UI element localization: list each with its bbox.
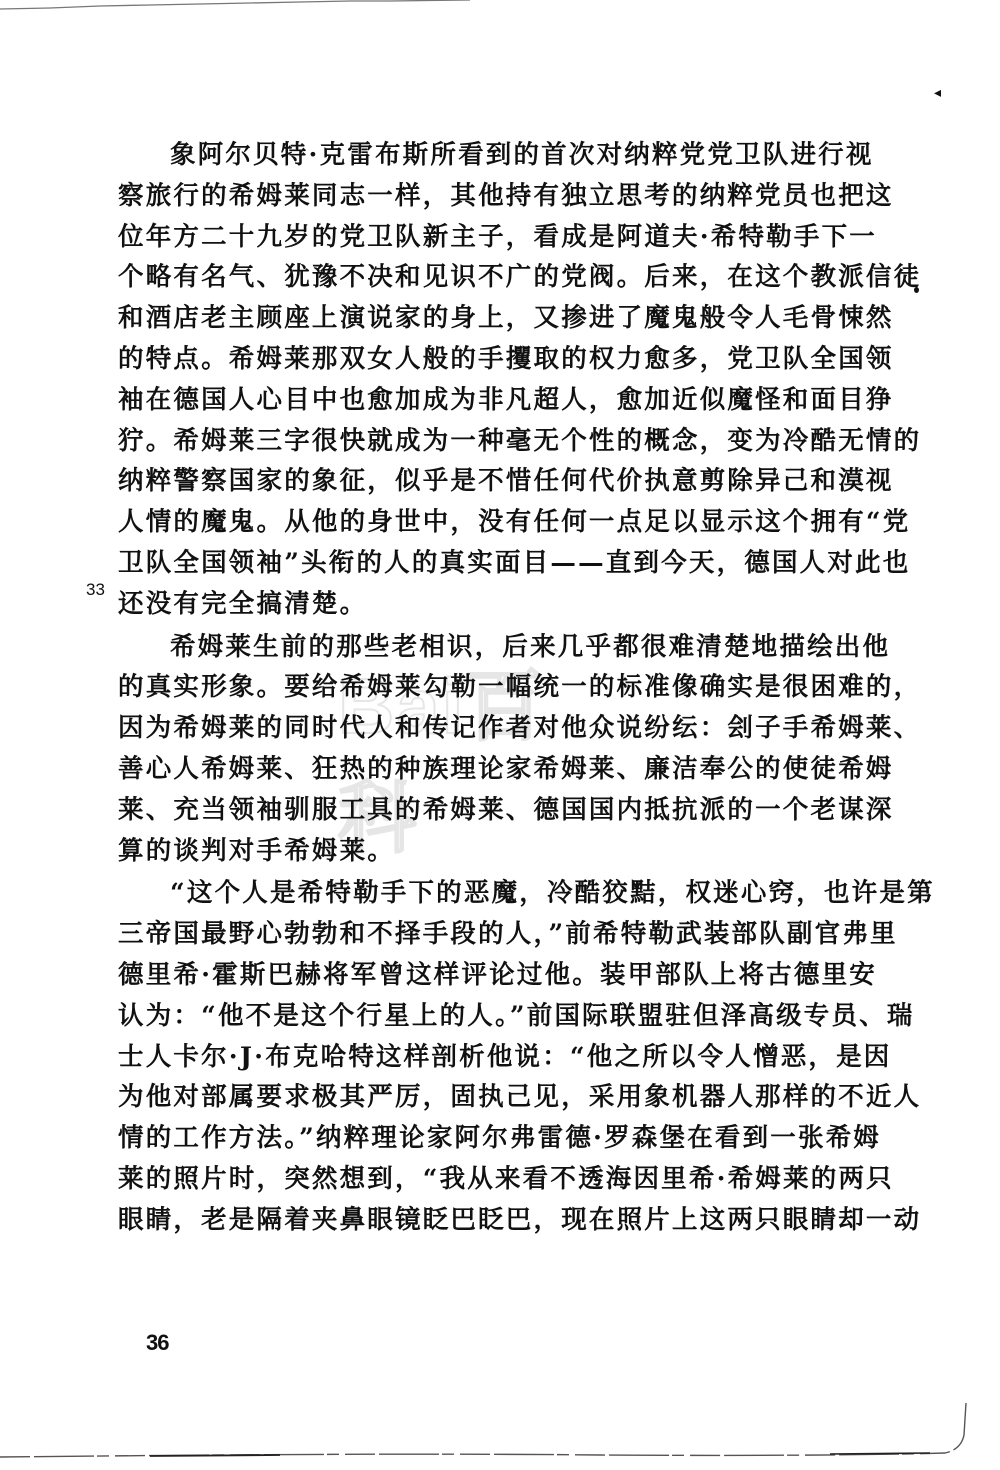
text-line: 善心人希姆莱、狂热的种族理论家希姆莱、廉洁奉公的使徒希姆: [118, 749, 858, 790]
text-line: 人情的魔鬼。从他的身世中，没有任何一点足以显示这个拥有“党: [118, 502, 858, 543]
scan-bottom-edge-line: [0, 1395, 1000, 1470]
text-line: 算的谈判对手希姆莱。: [118, 831, 858, 872]
margin-mark-icon: ◂: [934, 86, 941, 100]
text-line: “这个人是希特勒手下的恶魔，冷酷狡黠，权迷心窍，也许是第: [118, 873, 858, 914]
text-line: 的真实形象。要给希姆莱勾勒一幅统一的标准像确实是很困难的，: [118, 667, 858, 708]
text-line: 德里希·霍斯巴赫将军曾这样评论过他。装甲部队上将古德里安: [118, 955, 858, 996]
text-line: 为他对部属要求极其严厉，固执己见，采用象机器人那样的不近人: [118, 1077, 858, 1118]
text-line: 莱的照片时，突然想到，“我从来看不透海因里希·希姆莱的两只: [118, 1159, 858, 1200]
page-number: 36: [146, 1330, 168, 1356]
text-line: 个略有名气、犹豫不决和见识不广的党阀。后来，在这个教派信徒: [118, 257, 858, 298]
paragraph-1: 象阿尔贝特·克雷布斯所看到的首次对纳粹党党卫队进行视 察旅行的希姆莱同志一样，其…: [118, 135, 858, 625]
margin-line-number: 33: [86, 580, 105, 600]
text-line: 察旅行的希姆莱同志一样，其他持有独立思考的纳粹党员也把这: [118, 176, 858, 217]
text-line: 狞。希姆莱三字很快就成为一种毫无个性的概念，变为冷酷无情的: [118, 421, 858, 462]
text-line: 认为：“他不是这个行星上的人。”前国际联盟驻但泽高级专员、瑞: [118, 996, 858, 1037]
text-line: 士人卡尔·J·布克哈特这样剖析他说：“他之所以令人憎恶，是因: [118, 1037, 858, 1078]
text-line: 位年方二十九岁的党卫队新主子，看成是阿道夫·希特勒手下一: [118, 217, 858, 258]
paragraph-2: 希姆莱生前的那些老相识，后来几乎都很难清楚地描绘出他 的真实形象。要给希姆莱勾勒…: [118, 627, 858, 872]
text-line: 因为希姆莱的同时代人和传记作者对他众说纷纭：刽子手希姆莱、: [118, 708, 858, 749]
text-line: 莱、充当领袖驯服工具的希姆莱、德国国内抵抗派的一个老谋深: [118, 790, 858, 831]
text-line: 眼睛，老是隔着夹鼻眼镜眨巴眨巴，现在照片上这两只眼睛却一动: [118, 1200, 858, 1241]
text-line: 还没有完全搞清楚。: [118, 584, 858, 625]
text-line: 卫队全国领袖”头衔的人的真实面目——直到今天，德国人对此也: [118, 543, 858, 584]
scan-top-edge-line: [0, 0, 470, 10]
text-line: 的特点。希姆莱那双女人般的手攫取的权力愈多，党卫队全国领: [118, 339, 858, 380]
text-line: 三帝国最野心勃勃和不择手段的人，”前希特勒武装部队副官弗里: [118, 914, 858, 955]
text-line: 袖在德国人心目中也愈加成为非凡超人，愈加近似魔怪和面目狰: [118, 380, 858, 421]
text-line: 纳粹警察国家的象征，似乎是不惜任何代价执意剪除异己和漠视: [118, 461, 858, 502]
body-text: 象阿尔贝特·克雷布斯所看到的首次对纳粹党党卫队进行视 察旅行的希姆莱同志一样，其…: [118, 135, 858, 1241]
paragraph-3: “这个人是希特勒手下的恶魔，冷酷狡黠，权迷心窍，也许是第 三帝国最野心勃勃和不择…: [118, 873, 858, 1240]
text-line: 希姆莱生前的那些老相识，后来几乎都很难清楚地描绘出他: [118, 627, 858, 668]
text-line: 象阿尔贝特·克雷布斯所看到的首次对纳粹党党卫队进行视: [118, 135, 858, 176]
text-line: 和酒店老主顾座上演说家的身上，又掺进了魔鬼般令人毛骨悚然: [118, 298, 858, 339]
text-line: 情的工作方法。”纳粹理论家阿尔弗雷德·罗森堡在看到一张希姆: [118, 1118, 858, 1159]
